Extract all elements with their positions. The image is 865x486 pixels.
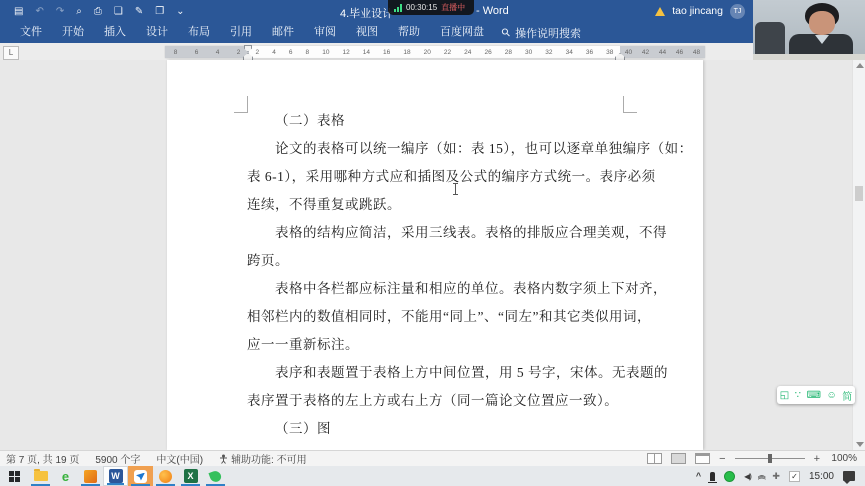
ime-mode-label[interactable]: 简: [842, 388, 852, 403]
document-line[interactable]: 表格的结构应简洁，采用三线表。表格的排版应合理美观，不得: [247, 219, 633, 247]
ime-emoji-icon[interactable]: ☺: [827, 390, 837, 401]
ruler-number: 42: [642, 49, 649, 56]
search-icon: ⚲: [499, 25, 514, 40]
document-line[interactable]: 表格中各栏都应标注量和相应的单位。表格内数字须上下对齐，: [247, 275, 633, 303]
taskbar-remote-green[interactable]: [203, 466, 228, 486]
tab-stop-selector[interactable]: L: [3, 46, 19, 60]
ruler-number: 36: [586, 49, 593, 56]
settings-flower-icon[interactable]: ✚: [772, 471, 780, 482]
ruler-number: 40: [625, 49, 632, 56]
scroll-up-arrow-icon[interactable]: [856, 63, 864, 68]
taskbar-excel-icon: X: [184, 469, 198, 483]
window-title-left: 4.毕业设计: [340, 5, 393, 21]
read-mode-button[interactable]: [647, 453, 662, 464]
tab-design[interactable]: 设计: [136, 22, 178, 43]
ruler-number: 16: [383, 49, 390, 56]
microphone-icon[interactable]: [710, 472, 715, 481]
save-icon[interactable]: ▤: [14, 6, 23, 17]
zoom-out-button[interactable]: −: [719, 453, 725, 465]
tab-home[interactable]: 开始: [52, 22, 94, 43]
tab-help[interactable]: 帮助: [388, 22, 430, 43]
status-bar: 第 7 页, 共 19 页 5900 个字 中文(中国) 辅助功能: 不可用 −…: [0, 450, 865, 466]
taskbar-clock[interactable]: 15:00: [809, 471, 834, 482]
taskbar-file-explorer-icon: [34, 471, 48, 481]
document-line[interactable]: 连续，不得重复或跳跃。: [247, 191, 633, 219]
ruler-number: 18: [403, 49, 410, 56]
speaker-icon[interactable]: ◀): [744, 472, 751, 481]
window-title-right: - Word: [476, 5, 509, 17]
redo-icon[interactable]: ↷: [56, 6, 64, 17]
accessibility-status[interactable]: 辅助功能: 不可用: [219, 451, 307, 466]
tab-file[interactable]: 文件: [10, 22, 52, 43]
word-count[interactable]: 5900 个字: [95, 451, 140, 466]
taskbar-browser-green[interactable]: e: [53, 466, 78, 486]
ruler-number: 22: [444, 49, 451, 56]
live-recording-badge: 00:30:15 直播中: [388, 0, 474, 15]
window-icon[interactable]: ❐: [155, 6, 164, 17]
page-indicator[interactable]: 第 7 页, 共 19 页: [6, 451, 79, 466]
taskbar: eWX ^◀)(((✚✓15:00: [0, 466, 865, 486]
tab-mailings[interactable]: 邮件: [262, 22, 304, 43]
document-line[interactable]: 跨页。: [247, 247, 633, 275]
ruler-number: 32: [545, 49, 552, 56]
taskbar-remote-green-icon: [208, 469, 222, 483]
ruler-number: 24: [464, 49, 471, 56]
taskbar-browser-orange[interactable]: [153, 466, 178, 486]
taskbar-file-explorer[interactable]: [28, 466, 53, 486]
ruler-left-margin: 8642: [165, 46, 249, 58]
tray-expand-icon[interactable]: ^: [696, 471, 701, 481]
print-preview-icon[interactable]: ⌕: [76, 6, 82, 17]
edit-icon[interactable]: ✎: [135, 6, 143, 17]
live-status-label: 直播中: [441, 2, 465, 13]
input-indicator-icon[interactable]: ✓: [789, 471, 800, 482]
ime-voice-icon[interactable]: ∵: [795, 390, 801, 401]
avatar[interactable]: TJ: [730, 4, 745, 19]
customize-qat-icon[interactable]: ⌄: [176, 6, 184, 17]
undo-icon[interactable]: ↶: [35, 6, 43, 17]
accessibility-icon: [219, 454, 228, 464]
start-button[interactable]: [0, 466, 28, 486]
tell-me-label: 操作说明搜索: [515, 25, 581, 41]
new-document-icon[interactable]: ❏: [114, 6, 123, 17]
document-line[interactable]: 应一一重新标注。: [247, 331, 633, 359]
ruler-number: 2: [237, 49, 241, 56]
accessibility-label: 辅助功能: 不可用: [231, 451, 307, 466]
document-line[interactable]: （三）图: [247, 415, 633, 443]
quick-access-toolbar: ▤↶↷⌕⎙❏✎❐⌄: [14, 0, 185, 22]
ime-keyboard-icon[interactable]: ⌨: [807, 390, 821, 401]
ruler-number: 46: [676, 49, 683, 56]
tab-review[interactable]: 审阅: [304, 22, 346, 43]
taskbar-browser-orange-icon: [159, 470, 172, 483]
ruler-number: 44: [659, 49, 666, 56]
taskbar-word-icon: W: [109, 469, 123, 483]
antivirus-icon[interactable]: [724, 471, 735, 482]
language-indicator[interactable]: 中文(中国): [156, 451, 203, 466]
ruler-number: 10: [322, 49, 329, 56]
taskbar-dingtalk[interactable]: [128, 466, 153, 486]
document-line[interactable]: 论文的表格可以统一编序（如：表 15），也可以逐章单独编序（如：: [247, 135, 633, 163]
account-area[interactable]: tao jincang TJ: [655, 0, 745, 22]
ruler-right-margin: 4042444648: [620, 46, 705, 58]
account-name[interactable]: tao jincang: [672, 5, 723, 17]
print-icon[interactable]: ⎙: [94, 6, 102, 17]
warning-icon[interactable]: [655, 7, 665, 16]
webcam-desk: [753, 54, 865, 60]
scroll-down-arrow-icon[interactable]: [856, 442, 864, 447]
ruler-number: 34: [566, 49, 573, 56]
ribbon-tabs: 文件开始插入设计布局引用邮件审阅视图帮助百度网盘: [0, 22, 494, 43]
ime-cursor-icon[interactable]: ◱: [780, 390, 789, 401]
scrollbar-thumb[interactable]: [855, 186, 863, 201]
windows-logo-icon: [9, 471, 20, 482]
tab-view[interactable]: 视图: [346, 22, 388, 43]
ime-toolbar[interactable]: ◱∵⌨☺简: [777, 386, 855, 404]
taskbar-word[interactable]: W: [103, 466, 128, 486]
tab-insert[interactable]: 插入: [94, 22, 136, 43]
ruler-number: 14: [363, 49, 370, 56]
taskbar-browser-green-icon: e: [62, 469, 69, 484]
ruler-number: 28: [505, 49, 512, 56]
action-center-icon[interactable]: [843, 471, 855, 481]
ruler-number: 8: [306, 49, 310, 56]
document-line[interactable]: 表序置于表格的左上方或右上方（同一篇论文位置应一致）。: [247, 387, 633, 415]
ribbon-tab-bar: 文件开始插入设计布局引用邮件审阅视图帮助百度网盘 ⚲ 操作说明搜索: [0, 22, 865, 43]
document-line[interactable]: （二）表格: [247, 107, 633, 135]
status-left: 第 7 页, 共 19 页 5900 个字 中文(中国) 辅助功能: 不可用: [0, 451, 307, 466]
document-line[interactable]: 表 6-1），采用哪种方式应和插图及公式的编序方式统一。表序必须: [247, 163, 633, 191]
ruler-number: 6: [289, 49, 293, 56]
document-line[interactable]: 相邻栏内的数值相同时，不能用“同上”、“同左”和其它类似用词，: [247, 303, 633, 331]
ruler-number: 6: [195, 49, 199, 56]
taskbar-tool-orange-icon: [84, 470, 97, 483]
status-right: − + 100%: [647, 453, 865, 465]
zoom-level[interactable]: 100%: [829, 453, 857, 464]
system-tray: ^◀)(((✚✓15:00: [696, 471, 865, 482]
taskbar-tool-orange[interactable]: [78, 466, 103, 486]
ruler-number: 4: [216, 49, 220, 56]
taskbar-excel[interactable]: X: [178, 466, 203, 486]
wifi-icon[interactable]: (((: [757, 474, 766, 478]
word-window: ▤↶↷⌕⎙❏✎❐⌄ 4.毕业设计 - Word tao jincang TJ 0…: [0, 0, 865, 486]
text-cursor: [455, 183, 456, 195]
taskbar-apps: eWX: [28, 466, 228, 486]
live-timer: 00:30:15: [406, 3, 437, 12]
webcam-overlay[interactable]: [753, 0, 865, 60]
ruler-number: 12: [342, 49, 349, 56]
tab-baidu-netdisk[interactable]: 百度网盘: [430, 22, 494, 43]
print-layout-button[interactable]: [671, 453, 686, 464]
taskbar-dingtalk-icon: [134, 470, 147, 483]
ruler-text-area: 2468101214161820222426283032343638: [249, 46, 620, 58]
text-boundary-mark-left: [234, 96, 248, 113]
tell-me-search[interactable]: ⚲ 操作说明搜索: [502, 25, 581, 41]
ruler-number: 30: [525, 49, 532, 56]
zoom-slider[interactable]: [735, 458, 805, 459]
ruler-number: 38: [606, 49, 613, 56]
zoom-slider-thumb[interactable]: [768, 454, 772, 463]
ruler-number: 4: [272, 49, 276, 56]
ruler-number: 8: [174, 49, 178, 56]
ruler-number: 48: [693, 49, 700, 56]
web-layout-button[interactable]: [695, 453, 710, 464]
webcam-person-face: [809, 11, 835, 35]
document-page[interactable]: （二）表格论文的表格可以统一编序（如：表 15），也可以逐章单独编序（如：表 6…: [167, 60, 703, 450]
document-line[interactable]: 表序和表题置于表格上方中间位置，用 5 号字，宋体。无表题的: [247, 359, 633, 387]
document-text: （二）表格论文的表格可以统一编序（如：表 15），也可以逐章单独编序（如：表 6…: [247, 107, 633, 443]
ruler-number: 2: [256, 49, 260, 56]
ruler-number: 20: [424, 49, 431, 56]
ruler-number: 26: [484, 49, 491, 56]
tab-layout[interactable]: 布局: [178, 22, 220, 43]
zoom-in-button[interactable]: +: [814, 453, 820, 465]
tab-references[interactable]: 引用: [220, 22, 262, 43]
signal-bars-icon: [394, 4, 402, 12]
